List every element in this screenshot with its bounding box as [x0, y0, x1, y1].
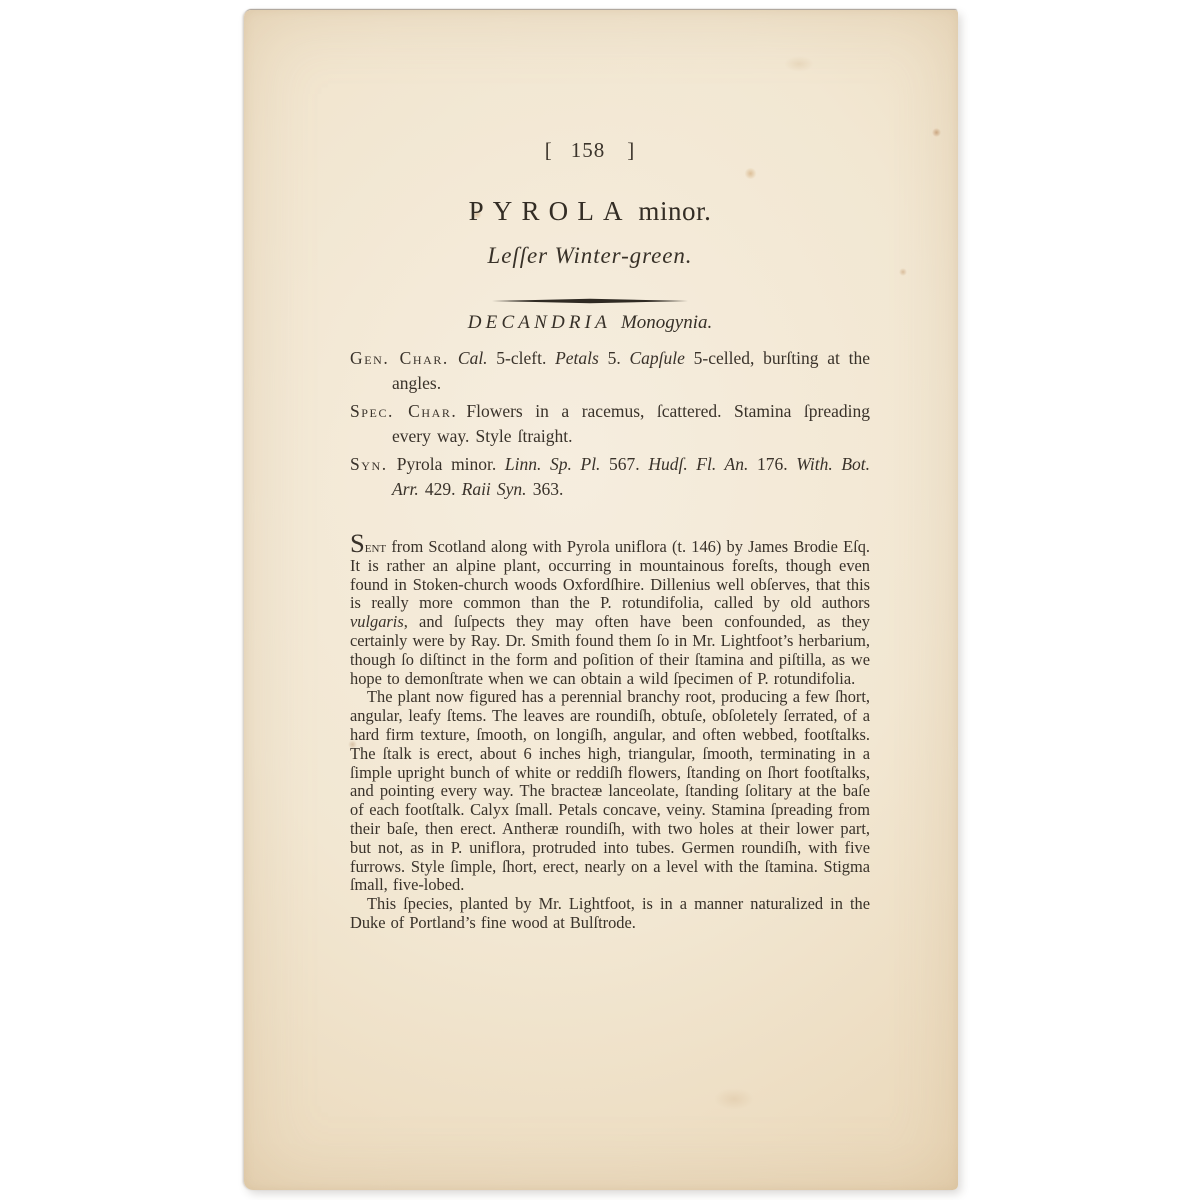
italic-text: Raii Syn. [462, 479, 527, 499]
page-subtitle: Leſſer Winter-green. [304, 242, 876, 270]
text-run: 5-cleft. [488, 348, 556, 368]
text-run: This ſpecies, planted by Mr. Lightfoot, … [350, 894, 870, 932]
body-paragraph: The plant now figured has a perennial br… [350, 688, 870, 895]
page-title: PYROLA minor. [304, 195, 876, 227]
classification-order: Monogynia. [621, 312, 712, 333]
text-run: 176. [748, 454, 796, 474]
page-number-bracket-right: ] [627, 138, 635, 162]
text-run: 429. [419, 479, 462, 499]
char-entry: Syn.Pyrola minor. Linn. Sp. Pl. 567. Hud… [350, 452, 870, 502]
page-number-bracket-left: [ [545, 138, 553, 162]
classification-class: DECANDRIA [468, 312, 611, 333]
italic-text: Petals [555, 348, 599, 368]
text-run: Flowers in a racemus, ſcattered. Stamina… [392, 401, 870, 446]
text-run: Pyrola minor. [397, 454, 505, 474]
entry-label: Spec. Char. [350, 401, 457, 421]
text-column: Gen. Char.Cal. 5-cleft. Petals 5. Capſul… [350, 346, 870, 933]
italic-text: Cal. [458, 348, 488, 368]
body-text: Sent from Scotland along with Pyrola uni… [350, 536, 870, 933]
swelled-rule-divider [304, 291, 876, 297]
text-run: 5. [599, 348, 630, 368]
char-entry: Gen. Char.Cal. 5-cleft. Petals 5. Capſul… [350, 346, 870, 396]
classification-line: DECANDRIAMonogynia. [304, 311, 876, 335]
char-entry: Spec. Char.Flowers in a racemus, ſcatter… [350, 399, 870, 449]
italic-text: vulgaris [350, 612, 404, 631]
entry-label: Gen. Char. [350, 348, 449, 368]
page-number-value: 158 [571, 138, 606, 162]
page-header: [158] PYROLA minor. Leſſer Winter-green.… [304, 138, 876, 335]
text-run: , and ſuſpects they may often have been … [350, 612, 870, 687]
text-run: 567. [600, 454, 648, 474]
title-genus: PYROLA [469, 196, 632, 226]
scan-background: [158] PYROLA minor. Leſſer Winter-green.… [0, 0, 1200, 1200]
text-run: 363. [527, 479, 564, 499]
text-run: The plant now figured has a perennial br… [350, 687, 870, 894]
italic-text: Hudſ. Fl. An. [648, 454, 748, 474]
lead-capital: S [350, 528, 365, 558]
italic-text: Capſule [629, 348, 684, 368]
page-number: [158] [304, 138, 876, 162]
entry-label: Syn. [350, 454, 388, 474]
italic-text: Linn. Sp. Pl. [505, 454, 601, 474]
text-run: from Scotland along with Pyrola uniflora… [350, 537, 870, 612]
body-paragraph: Sent from Scotland along with Pyrola uni… [350, 536, 870, 688]
character-entries: Gen. Char.Cal. 5-cleft. Petals 5. Capſul… [350, 346, 870, 502]
title-species: minor. [638, 196, 711, 226]
page-content: [158] PYROLA minor. Leſſer Winter-green.… [244, 10, 958, 1190]
book-page: [158] PYROLA minor. Leſſer Winter-green.… [244, 10, 958, 1190]
text-run: ent [365, 537, 386, 556]
body-paragraph: This ſpecies, planted by Mr. Lightfoot, … [350, 895, 870, 933]
